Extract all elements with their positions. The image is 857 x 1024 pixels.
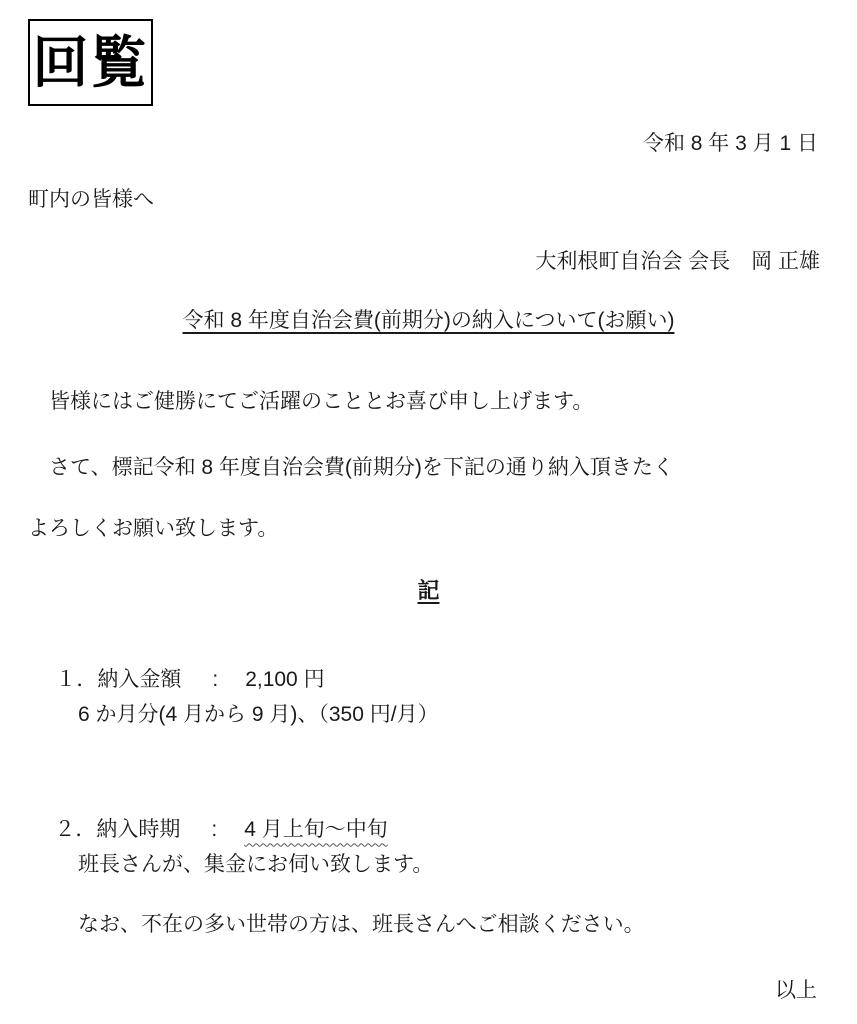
greeting-line: 皆様にはご健勝にてご活躍のこととお喜び申し上げます。: [49, 389, 593, 415]
body-line-2: よろしくお願い致します。: [28, 516, 278, 542]
body-line-1: さて、標記令和 8 年度自治会費(前期分)を下記の通り納入頂きたく: [49, 455, 674, 481]
item-1-number: １．: [55, 668, 97, 691]
item-1-separator: :: [212, 667, 218, 693]
kairan-stamp-box: 回覧: [28, 19, 153, 106]
item-2-separator: :: [211, 817, 217, 843]
document-date: 令和 8 年 3 月 1 日: [643, 131, 818, 157]
kairan-stamp-text: 回覧: [33, 35, 149, 91]
item-2-number: ２．: [54, 818, 96, 841]
item-1-value: 2,100 円: [245, 668, 324, 691]
item-2-value: 4 月上旬～中旬: [244, 818, 388, 841]
item-1-label: 納入金額: [97, 668, 181, 691]
item-2-detail-1: 班長さんが、集金にお伺い致します。: [78, 852, 433, 878]
item-1-detail: 6 か月分(4 月から 9 月)、（350 円/月）: [78, 702, 439, 728]
sender-line: 大利根町自治会 会長 岡 正雄: [535, 249, 820, 275]
recipient-line: 町内の皆様へ: [28, 187, 154, 213]
closing-line: 以上: [775, 978, 817, 1004]
ki-marker: 記: [0, 577, 857, 605]
document-title: 令和 8 年度自治会費(前期分)の納入について(お願い): [0, 308, 857, 334]
item-2-detail-2: なお、不在の多い世帯の方は、班長さんへご相談ください。: [78, 912, 645, 938]
item-2-label: 納入時期: [96, 818, 180, 841]
document-page: 回覧 令和 8 年 3 月 1 日 町内の皆様へ 大利根町自治会 会長 岡 正雄…: [0, 0, 857, 1024]
